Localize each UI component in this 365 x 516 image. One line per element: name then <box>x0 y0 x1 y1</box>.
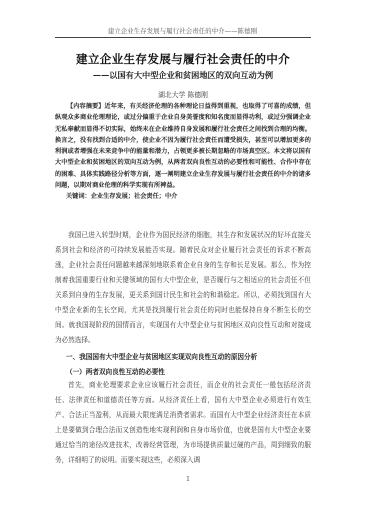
paper-subtitle: ——以国有大中型企业和贫困地区的双向互动为例 <box>55 70 311 81</box>
paper-title: 建立企业生存发展与履行社会责任的中介 <box>55 51 311 67</box>
body-paragraph-necessity: 首先，商业伦理要求企业应该履行社会责任，而企业的社会责任一般包括经济责任、法律责… <box>55 378 311 468</box>
page-number: 1 <box>178 475 198 483</box>
running-header: 建立企业生存发展与履行社会责任的中介——陈德刚 <box>55 26 310 35</box>
abstract: 【内容摘要】近年来，有关经济伦理的各种理论日益得到重视，也取得了可喜的成绩，但纵… <box>55 101 311 191</box>
keywords: 关键词：企业生存发展；社会责任；中介 <box>66 191 311 200</box>
author-affiliation: 湖北大学 陈德刚 <box>55 89 311 99</box>
document-page: 建立企业生存发展与履行社会责任的中介——陈德刚 建立企业生存发展与履行社会责任的… <box>0 0 365 516</box>
subsection-heading: （一）两者双向良性互动的必要性 <box>66 366 311 376</box>
section-heading: 一、我国国有大中型企业与贫困地区实现双向良性互动的原因分析 <box>66 351 311 361</box>
body-paragraph-intro: 我国已进入转型时期，企业作为国民经济的细胞，其生存和发展状况的好坏直接关系到社会… <box>55 228 311 348</box>
header-rule <box>55 37 311 38</box>
